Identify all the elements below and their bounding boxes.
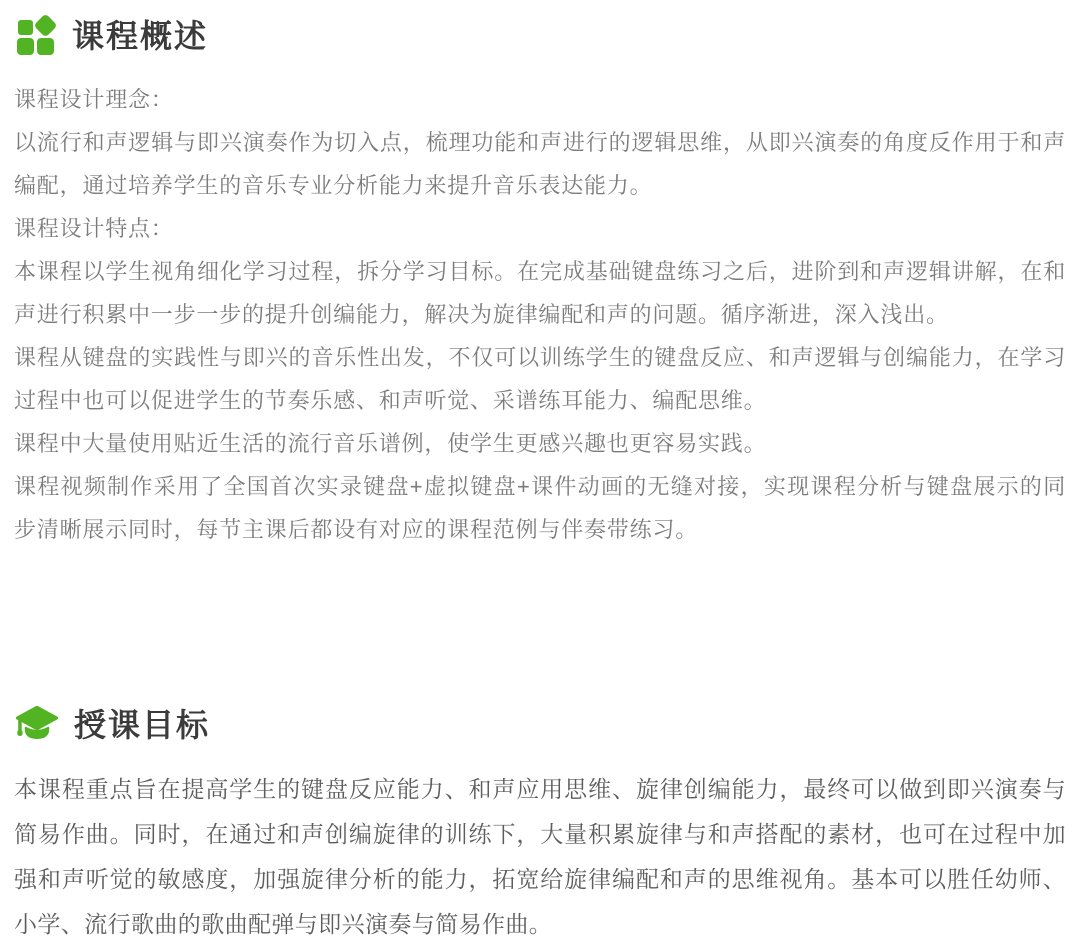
section-teaching-goals: 授课目标 本课程重点旨在提高学生的键盘反应能力、和声应用思维、旋律创编能力，最终… [0,703,1080,947]
overview-paragraph: 课程从键盘的实践性与即兴的音乐性出发，不仅可以训练学生的键盘反应、和声逻辑与创编… [14,336,1066,422]
overview-title: 课程概述 [72,14,208,58]
grid-squares-icon [16,16,56,56]
overview-paragraph: 课程设计理念： [14,78,1066,121]
goals-paragraph: 本课程重点旨在提高学生的键盘反应能力、和声应用思维、旋律创编能力，最终可以做到即… [14,767,1066,947]
graduation-cap-icon [16,705,58,745]
goals-title: 授课目标 [74,703,210,747]
goals-header: 授课目标 [0,703,1080,747]
goals-body: 本课程重点旨在提高学生的键盘反应能力、和声应用思维、旋律创编能力，最终可以做到即… [0,767,1080,947]
section-course-overview: 课程概述 课程设计理念： 以流行和声逻辑与即兴演奏作为切入点，梳理功能和声进行的… [0,14,1080,551]
overview-paragraph: 本课程以学生视角细化学习过程，拆分学习目标。在完成基础键盘练习之后，进阶到和声逻… [14,250,1066,336]
overview-paragraph: 课程中大量使用贴近生活的流行音乐谱例，使学生更感兴趣也更容易实践。 [14,422,1066,465]
overview-body: 课程设计理念： 以流行和声逻辑与即兴演奏作为切入点，梳理功能和声进行的逻辑思维，… [0,78,1080,551]
overview-paragraph: 课程视频制作采用了全国首次实录键盘+虚拟键盘+课件动画的无缝对接，实现课程分析与… [14,465,1066,551]
course-detail-page: 课程概述 课程设计理念： 以流行和声逻辑与即兴演奏作为切入点，梳理功能和声进行的… [0,0,1080,947]
overview-paragraph: 以流行和声逻辑与即兴演奏作为切入点，梳理功能和声进行的逻辑思维，从即兴演奏的角度… [14,121,1066,207]
overview-header: 课程概述 [0,14,1080,58]
overview-paragraph: 课程设计特点： [14,207,1066,250]
